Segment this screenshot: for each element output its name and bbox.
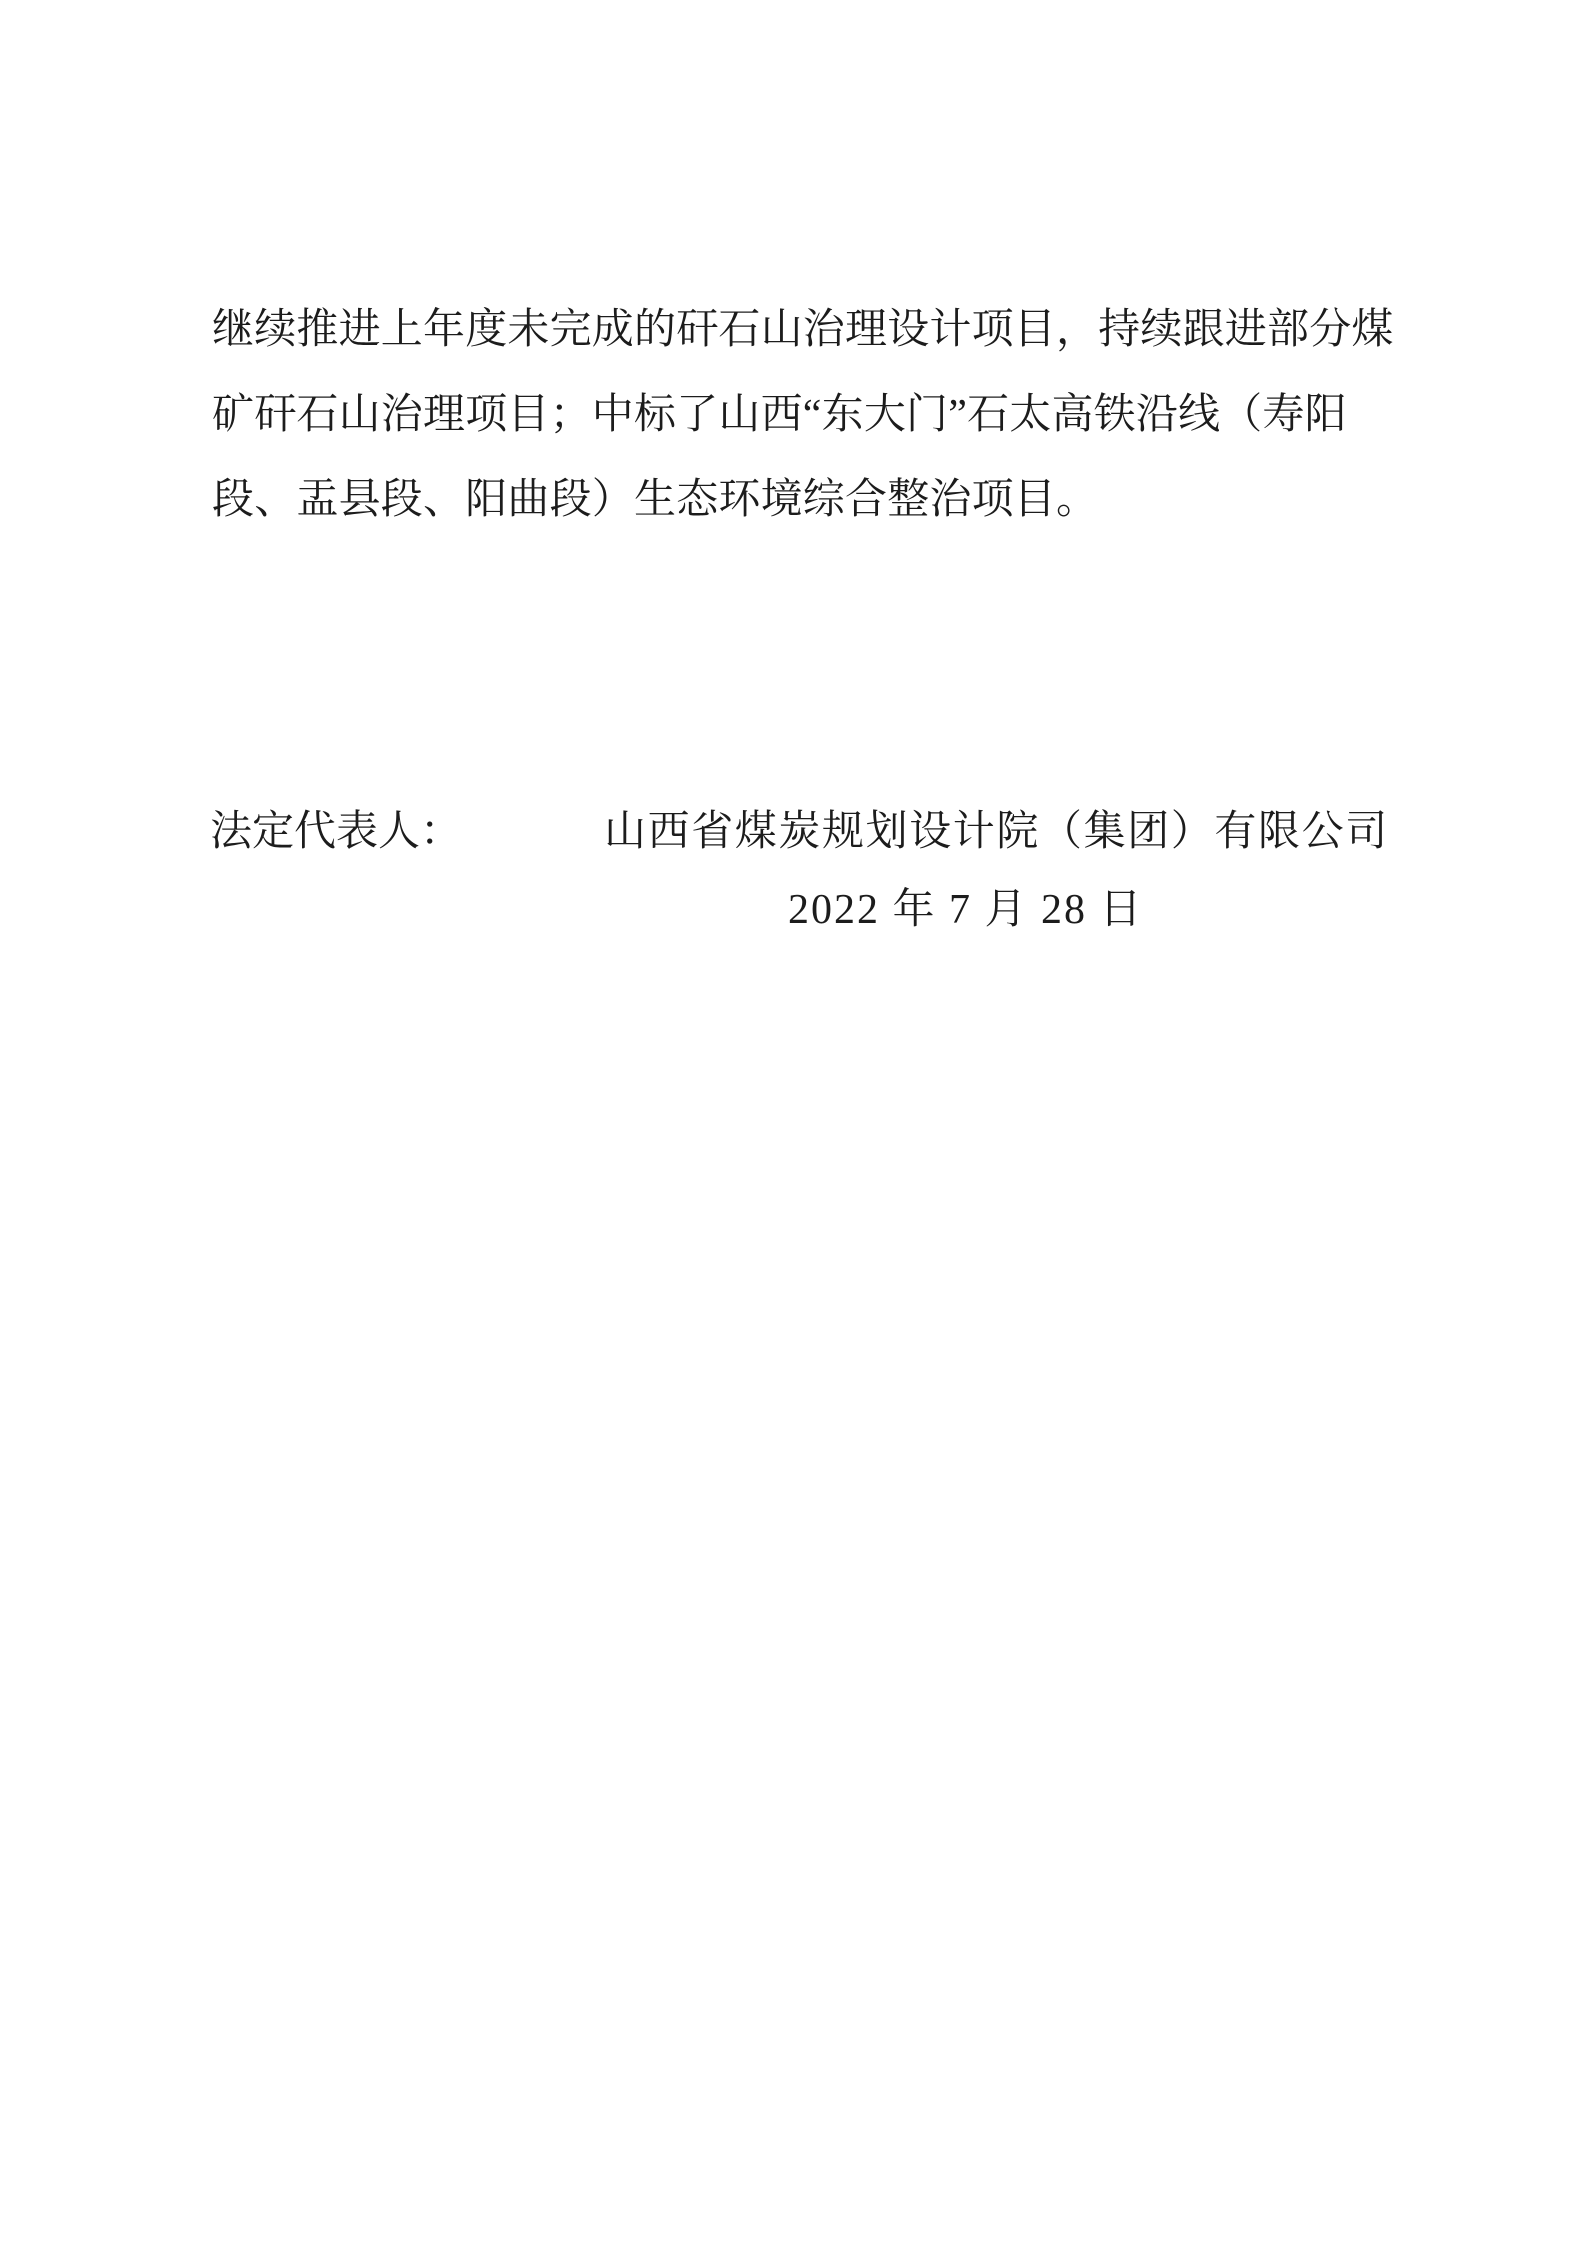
paragraph-line-1: 继续推进上年度未完成的矸石山治理设计项目，持续跟进部分煤: [212, 288, 1394, 373]
body-paragraph: 继续推进上年度未完成的矸石山治理设计项目，持续跟进部分煤 矿矸石山治理项目；中标…: [212, 288, 1394, 543]
document-page: 继续推进上年度未完成的矸石山治理设计项目，持续跟进部分煤 矿矸石山治理项目；中标…: [0, 0, 1587, 2245]
paragraph-line-3: 段、盂县段、阳曲段）生态环境综合整治项目。: [212, 458, 1394, 543]
legal-representative-label: 法定代表人：: [210, 790, 462, 875]
paragraph-line-2: 矿矸石山治理项目；中标了山西“东大门”石太高铁沿线（寿阳: [212, 373, 1394, 458]
company-name: 山西省煤炭规划设计院（集团）有限公司: [604, 790, 1389, 875]
signature-date: 2022 年 7 月 28 日: [788, 868, 1144, 953]
